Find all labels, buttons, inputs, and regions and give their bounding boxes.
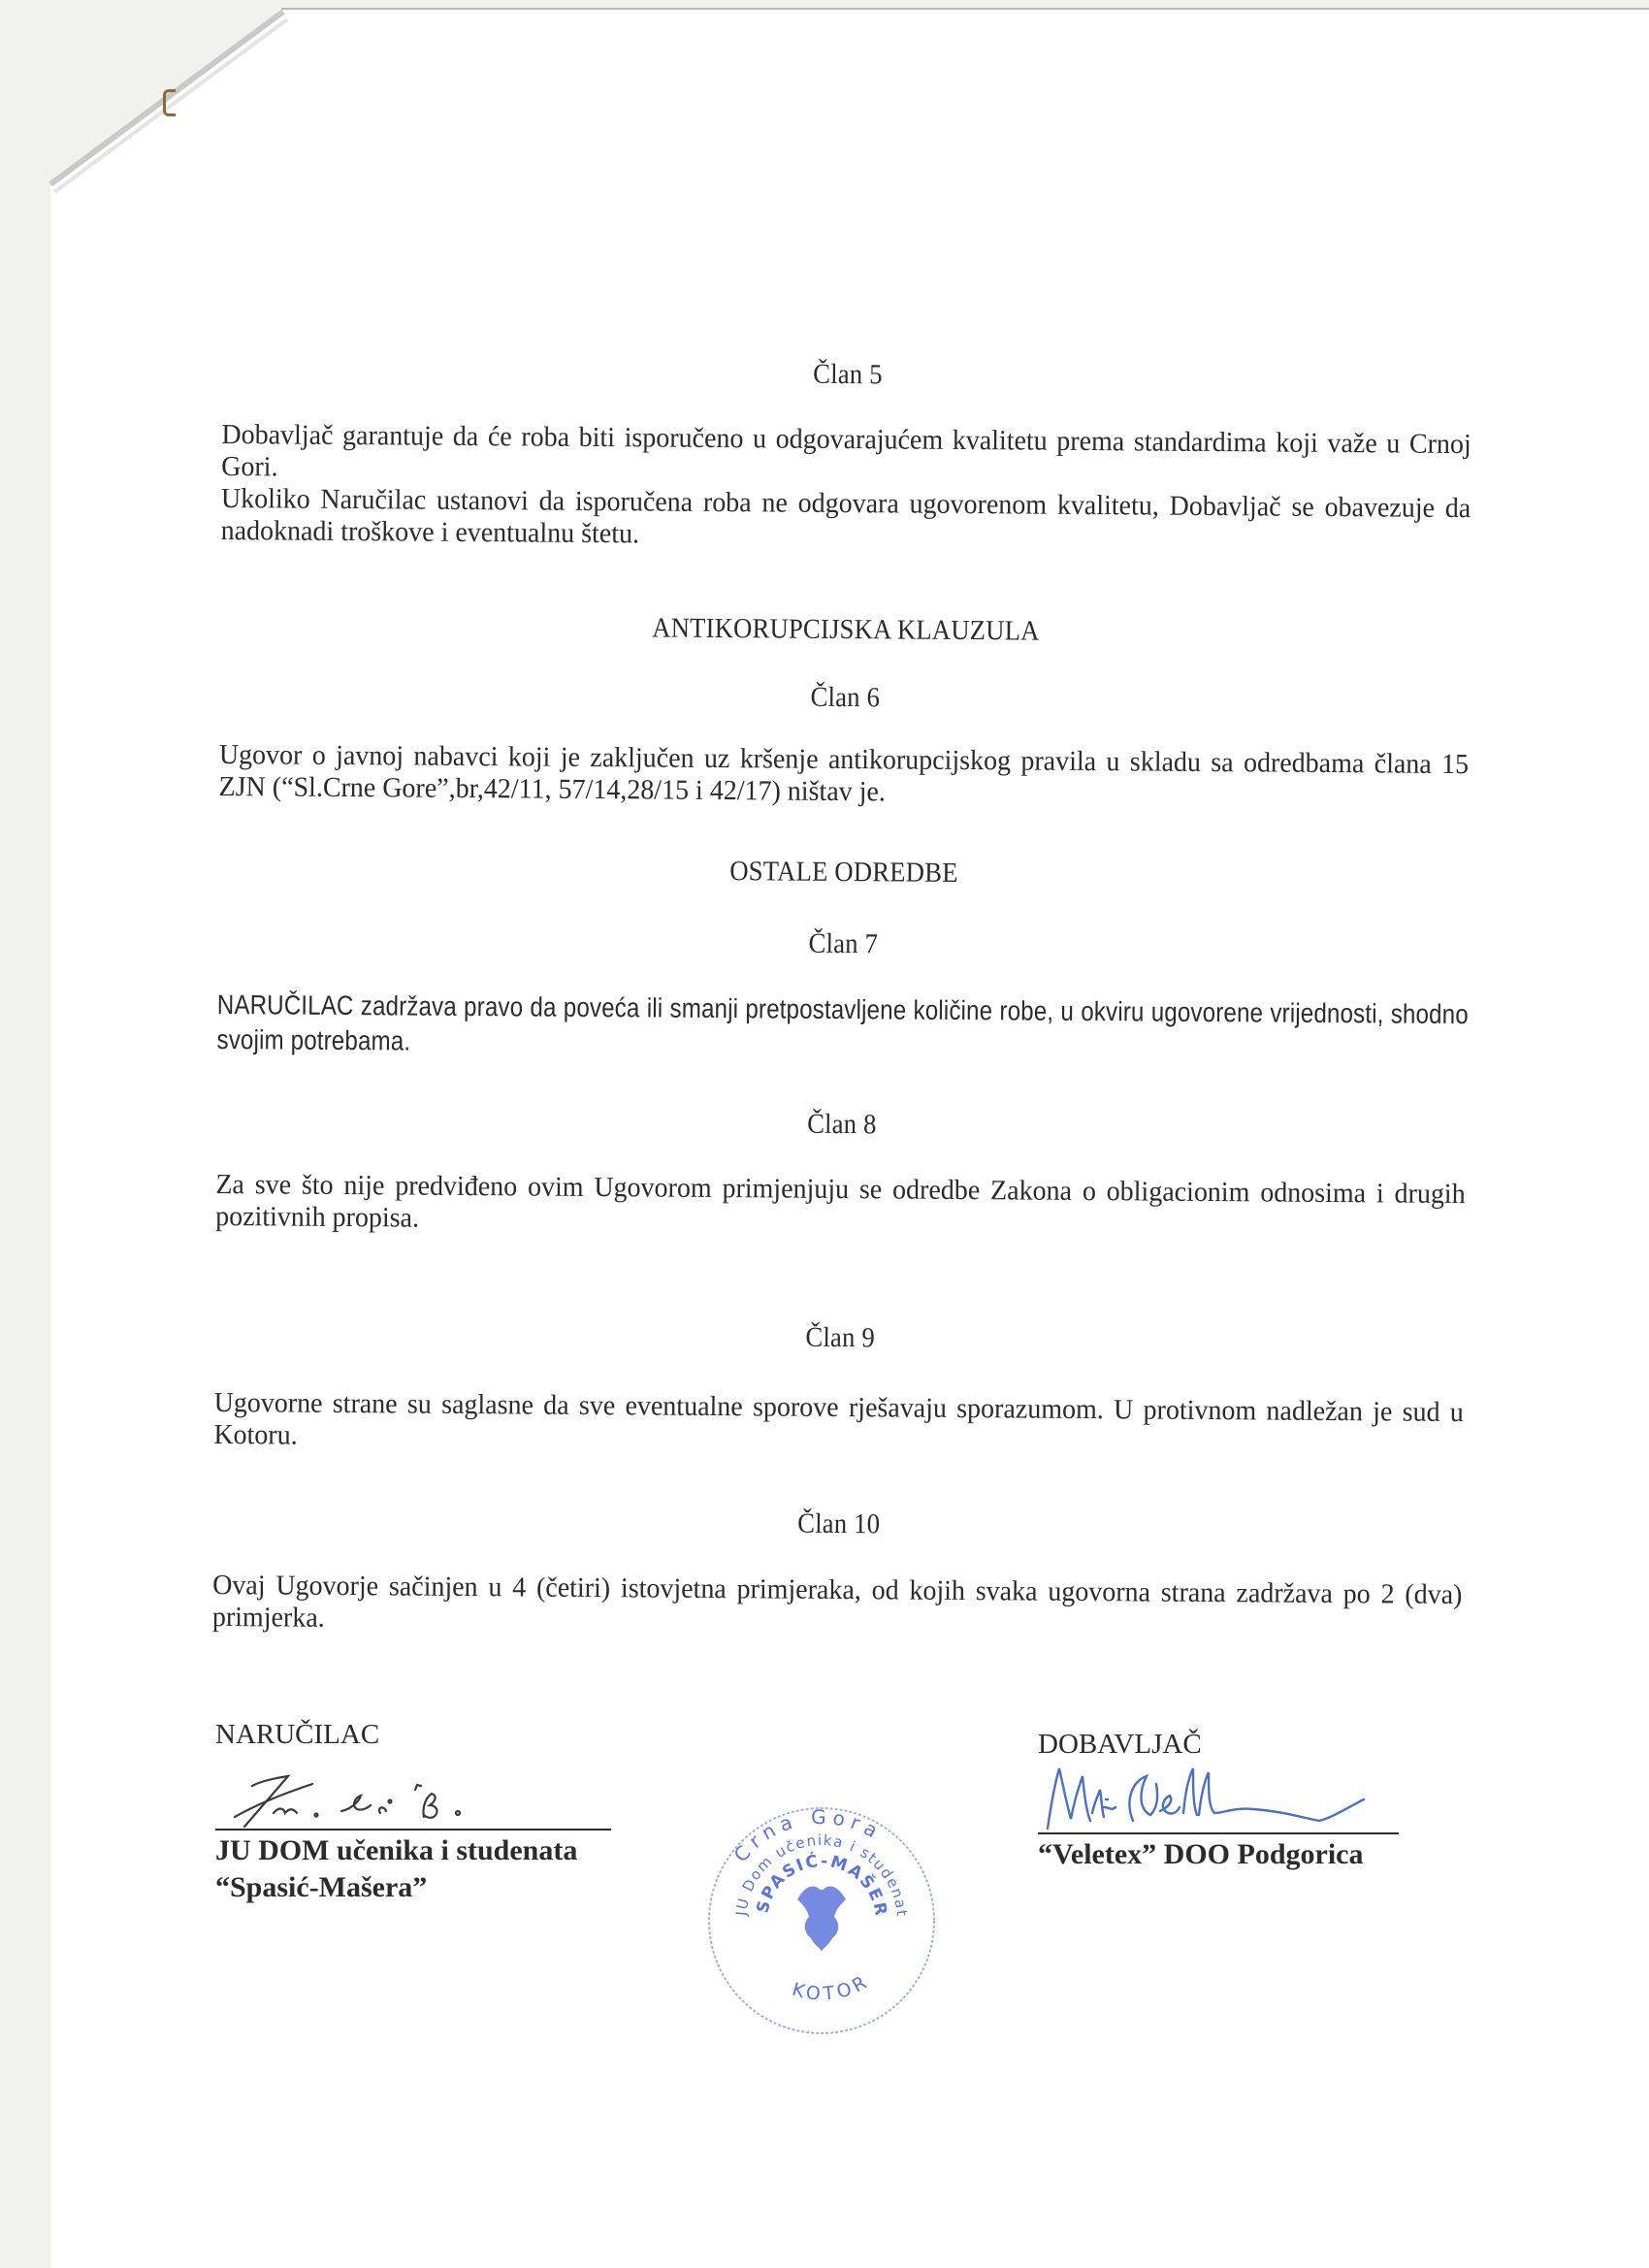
- client-signature-line: [215, 1757, 611, 1831]
- supplier-handwritten-signature: [1038, 1763, 1399, 1832]
- client-handwritten-signature: [215, 1757, 611, 1829]
- supplier-role-label: DOBAVLJAČ: [1038, 1729, 1399, 1761]
- client-role-label: NARUČILAC: [215, 1719, 611, 1751]
- client-name-line-1: JU DOM učenika i studenata: [215, 1834, 611, 1867]
- client-name-line-2: “Spasić-Mašera”: [215, 1871, 611, 1904]
- supplier-name-line-1: “Veletex” DOO Podgorica: [1038, 1838, 1399, 1871]
- article-10-paragraph: Ovaj Ugovorje sačinjen u 4 (četiri) isto…: [212, 1570, 1463, 1643]
- article-7-paragraph: NARUČILAC zadržava pravo da poveća ili s…: [216, 988, 1469, 1067]
- stamp-bottom-text: KOTOR: [790, 1970, 873, 2005]
- article-6-paragraph: Ugovor o javnoj nabavci koji je zaključe…: [218, 739, 1469, 813]
- article-8-paragraph: Za sve što nije predviđeno ovim Ugovorom…: [215, 1169, 1466, 1243]
- article-5-paragraph-2: Ukoliko Naručilac ustanovi da isporučena…: [221, 483, 1471, 557]
- staple-mark: [163, 89, 176, 116]
- signature-block-client: NARUČILAC JU DOM učenika i studenata “Sp…: [215, 1719, 611, 1904]
- svg-text:KOTOR: KOTOR: [790, 1970, 873, 2005]
- article-9-paragraph: Ugovorne strane su saglasne da sve event…: [213, 1387, 1464, 1461]
- official-stamp: Crna Gora JU Dom učenika i studenata SPA…: [700, 1802, 943, 2040]
- signature-block-supplier: DOBAVLJAČ “Veletex” DOO Podgorica: [1038, 1729, 1399, 1871]
- article-5-paragraph-1: Dobavljač garantuje da će roba biti ispo…: [221, 419, 1471, 493]
- supplier-signature-line: [1038, 1763, 1399, 1834]
- stamp-coat-of-arms-icon: [797, 1886, 846, 1952]
